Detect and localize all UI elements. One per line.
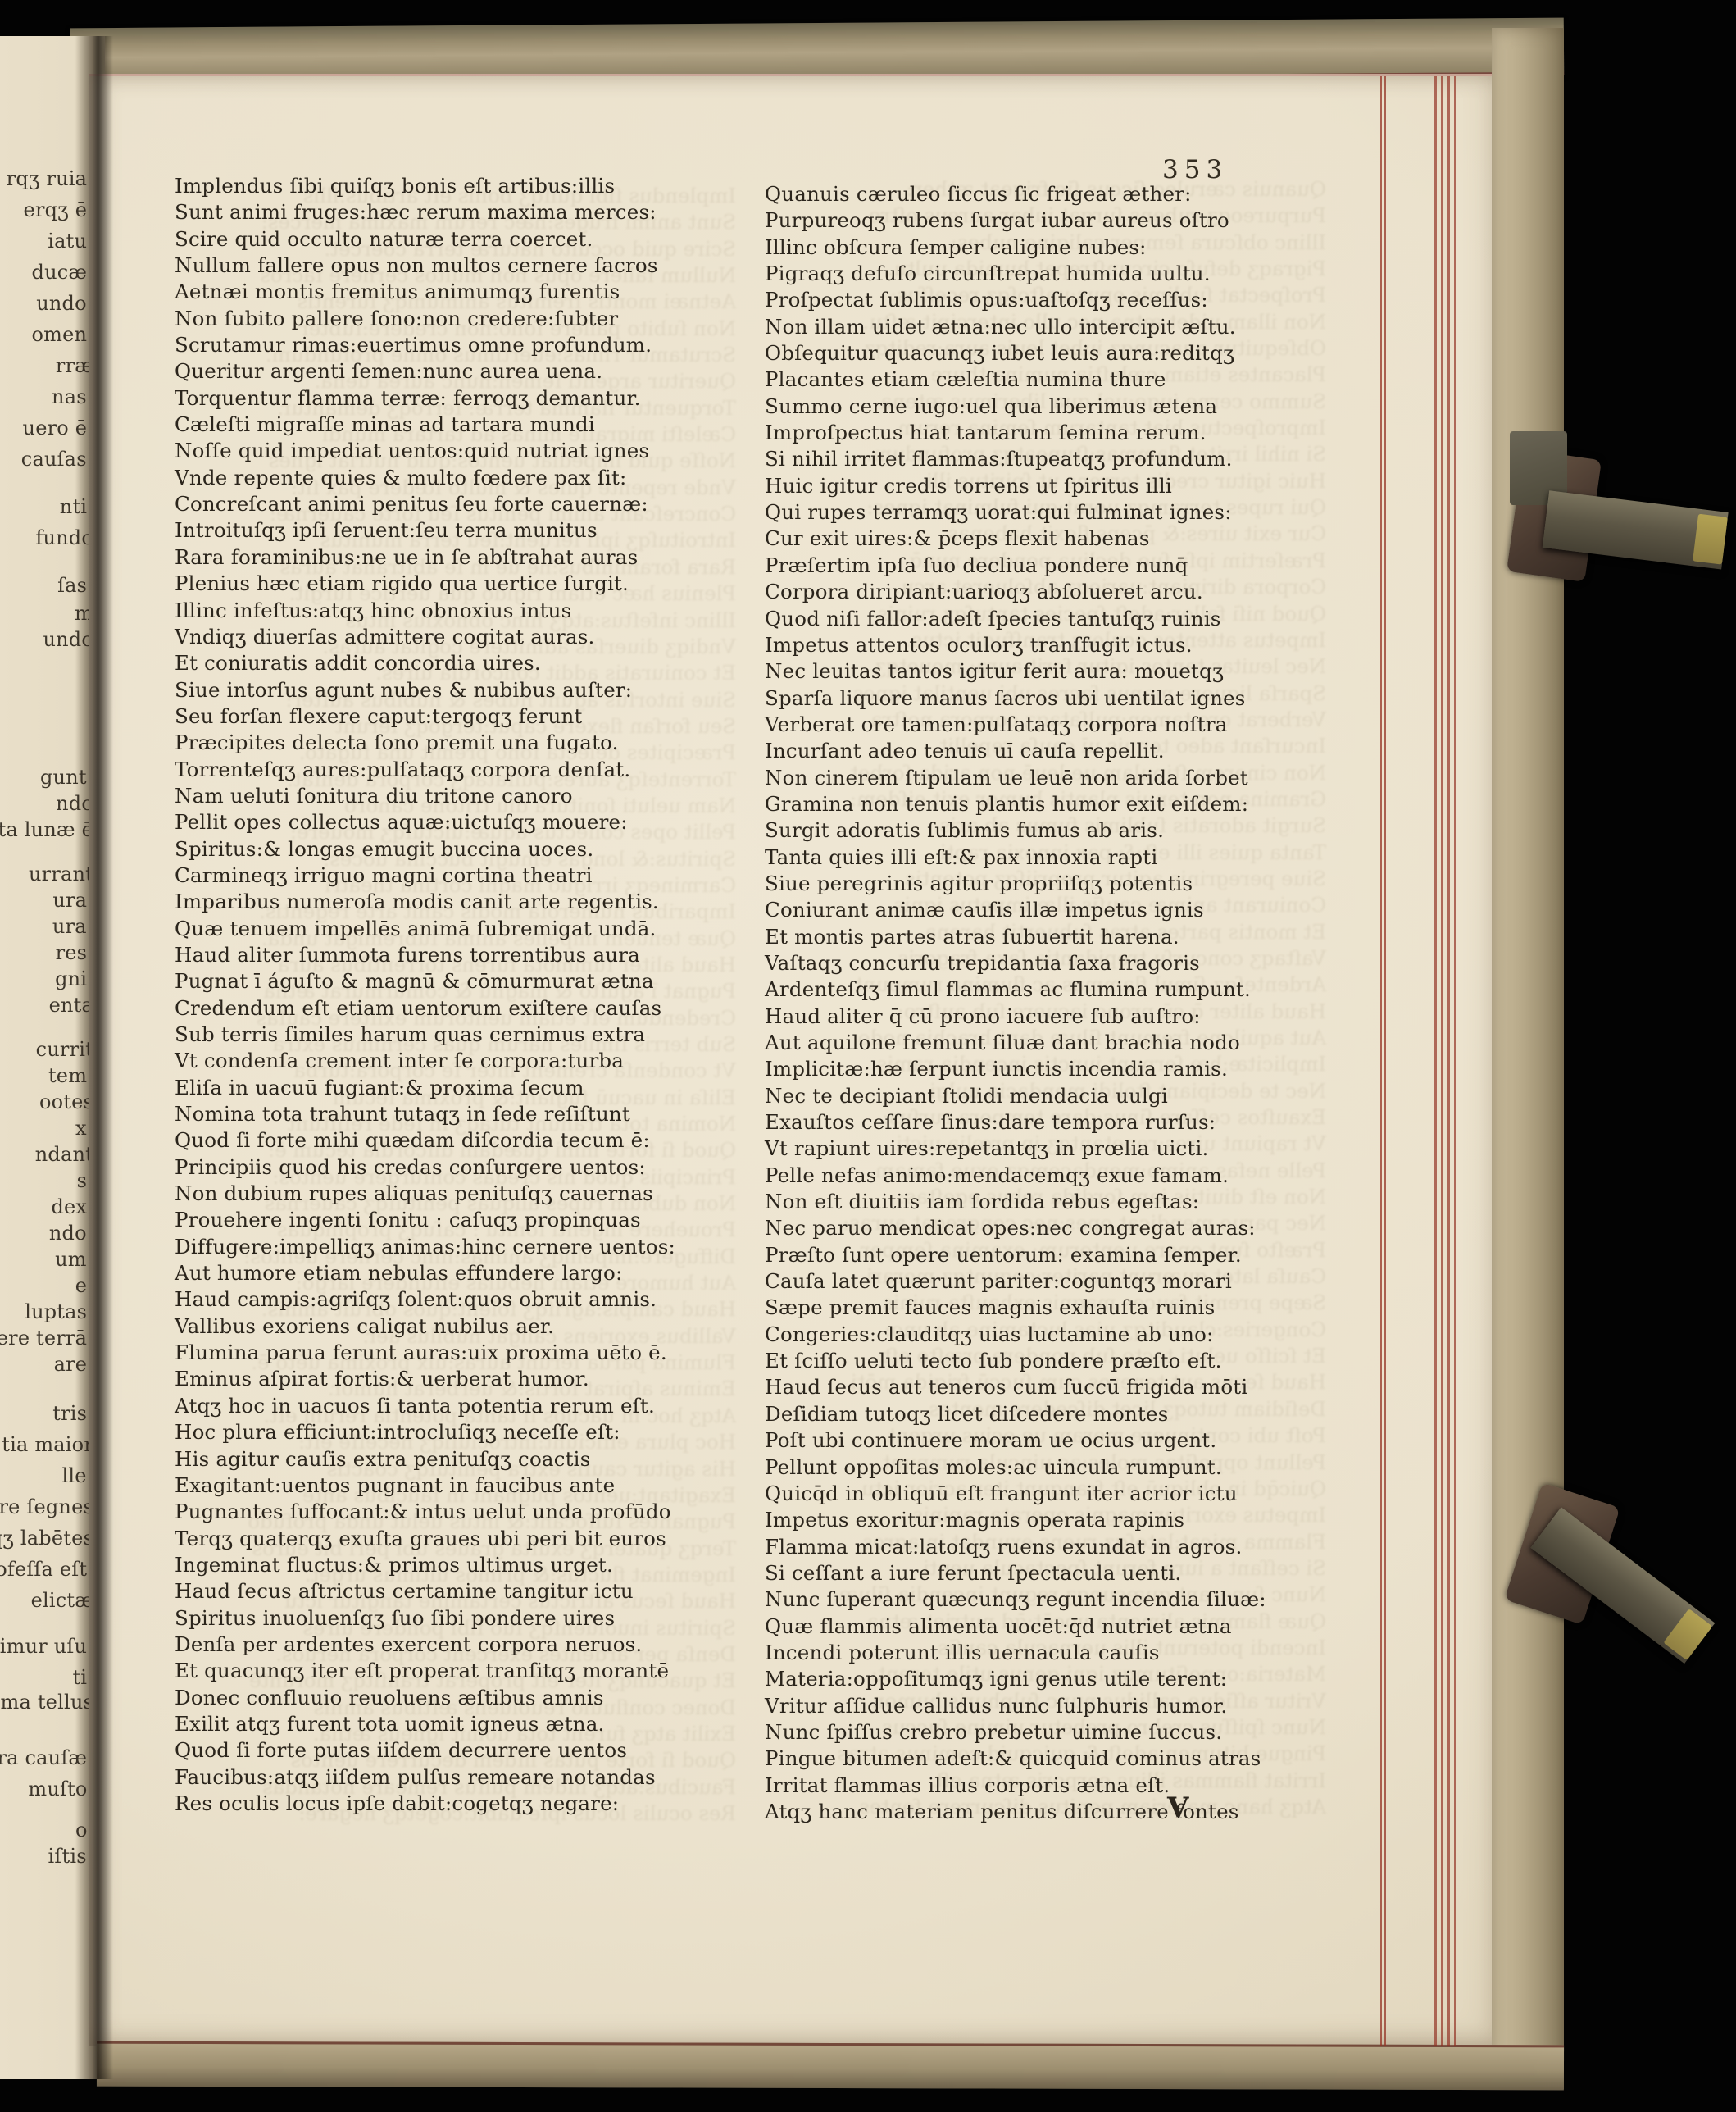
- text-line: Principiis quod his credas conſurgere ue…: [175, 1154, 675, 1181]
- text-line: Spiritus:& longas emugit buccina uoces.: [175, 836, 675, 863]
- text-line: Haud aliter ſummota furens torrentibus a…: [175, 942, 675, 968]
- text-line: Nec te decipiant ſtolidi mendacia uulgi: [765, 1083, 1266, 1109]
- text-line: Obſequitur quacunqʒ iubet leuis aura:red…: [765, 340, 1266, 366]
- text-line: Purpureoqʒ rubens ſurgat iubar aureus oſ…: [765, 207, 1266, 234]
- text-line: Quicq̄d in obliquū eſt frangunt iter acr…: [765, 1481, 1266, 1507]
- text-line: Haud ſecus aut teneros cum ſuccū frigida…: [765, 1374, 1266, 1400]
- text-line: Proſpectat ſublimis opus:uaſtoſqʒ receſſ…: [765, 287, 1266, 313]
- text-line: Præſertim ipſa ſuo decliua pondere nunq̄: [765, 553, 1266, 579]
- text-line: Carmineqʒ irriguo magni cortina theatri: [175, 863, 675, 889]
- text-line: Vnde repente quies & multo fœdere pax ſi…: [175, 465, 675, 491]
- text-line: Corpora diripiant:uarioqʒ abſolueret arc…: [765, 579, 1266, 605]
- text-line: Introituſqʒ ipſi ſeruent:ſeu terra munit…: [175, 517, 675, 544]
- text-line: Nullum fallere opus non multos cernere ſ…: [175, 253, 675, 279]
- book-page: 353 Implendus ſibi quiſqʒ bonis eſt arti…: [89, 74, 1492, 2046]
- text-line: Quod ſi forte mihi quædam diſcordia tecu…: [175, 1127, 675, 1154]
- text-line: Ingeminat fluctus:& primos ultimus urget…: [175, 1552, 675, 1578]
- text-line: Plenius hæc etiam rigido qua uertice ſur…: [175, 571, 675, 597]
- book-bottom-edge: [97, 2041, 1564, 2091]
- text-line: Aetnæi montis fremitus animumqʒ furentis: [175, 279, 675, 305]
- text-line: Nec leuitas tantos igitur ferit aura: mo…: [765, 658, 1266, 685]
- text-line: Sunt animi fruges:hæc rerum maxima merce…: [175, 199, 675, 225]
- text-line: Prouehere ingenti ſonitu : caſuqʒ propin…: [175, 1207, 675, 1233]
- text-line: Nunc ſpiſſus crebro prebetur uimine ſucc…: [765, 1719, 1266, 1746]
- text-line: Queritur argenti ſemen:nunc aurea uena.: [175, 358, 675, 385]
- text-line: Et ſciſſo ueluti tecto ſub pondere præſt…: [765, 1348, 1266, 1374]
- text-line: Surgit adoratis ſublimis fumus ab aris.: [765, 817, 1266, 844]
- text-line: Eliſa in uacuū fugiant:& proxima ſecum: [175, 1075, 675, 1101]
- right-text-column: Quanuis cæruleo ſiccus ſic frigeat æther…: [765, 181, 1266, 1825]
- text-line: Diffugere:impelliqʒ animas:hinc cernere …: [175, 1234, 675, 1260]
- text-line: Nunc ſuperant quæcunqʒ regunt incendia ſ…: [765, 1586, 1266, 1613]
- signature-mark: V: [1167, 1791, 1188, 1824]
- text-line: Poſt ubi continuere moram ue ocius urgen…: [765, 1427, 1266, 1454]
- fore-edge-red-lines: [1434, 76, 1456, 2046]
- text-line: Cæleſti migraſſe minas ad tartara mundi: [175, 412, 675, 438]
- text-line: Aut aquilone fremunt ſiluæ dant brachia …: [765, 1030, 1266, 1056]
- text-line: Seu forſan flexere caput:tergoqʒ ferunt: [175, 703, 675, 730]
- text-line: Pugnat ī águſto & magnū & cōmurmurat ætn…: [175, 968, 675, 995]
- text-line: Scire quid occulto naturæ terra coercet.: [175, 226, 675, 253]
- text-line: Si ceſſant a iure ferunt ſpectacula uent…: [765, 1560, 1266, 1586]
- text-line: Noſſe quid impediat uentos:quid nutriat …: [175, 438, 675, 464]
- text-line: Impetus exoritur:magnis operata rapinis: [765, 1507, 1266, 1533]
- text-line: Tanta quies illi eſt:& pax innoxia rapti: [765, 844, 1266, 871]
- text-line: Improſpectus hiat tantarum ſemina rerum.: [765, 420, 1266, 446]
- text-line: Vt rapiunt uires:repetantqʒ in prœlia ui…: [765, 1136, 1266, 1162]
- clasp-lower: [1521, 1469, 1734, 1715]
- text-line: Pugnantes ſuffocant:& intus uelut unda p…: [175, 1499, 675, 1525]
- text-line: Placantes etiam cæleſtia numina thure: [765, 366, 1266, 393]
- text-line: Pellunt oppoſitas moles:ac uincula rumpu…: [765, 1454, 1266, 1481]
- text-line: Coniurant animæ cauſis illæ impetus igni…: [765, 897, 1266, 923]
- text-line: Credendum eſt etiam uentorum exiſtere ca…: [175, 995, 675, 1022]
- text-line: Faucibus:atqʒ iiſdem pulſus remeare nota…: [175, 1764, 675, 1791]
- text-line: Cur exit uires:& p̄ceps flexit habenas: [765, 526, 1266, 552]
- text-line: Vritur aſſidue callidus nunc ſulphuris h…: [765, 1693, 1266, 1719]
- text-line: Quod niſi fallor:adeſt ſpecies tantuſqʒ …: [765, 606, 1266, 632]
- text-line: Eminus aſpirat fortis:& uerberat humor.: [175, 1366, 675, 1392]
- text-line: Non illam uidet ætna:nec ullo intercipit…: [765, 314, 1266, 340]
- text-line: Quæ tenuem impellēs animā ſubremigat und…: [175, 916, 675, 942]
- text-line: Donec confluuio reuoluens æſtibus amnis: [175, 1685, 675, 1711]
- text-line: Res oculis locus ipſe dabit:cogetqʒ nega…: [175, 1791, 675, 1817]
- clasp-brass-tip: [1663, 1609, 1712, 1660]
- text-line: Illinc infeſtus:atqʒ hinc obnoxius intus: [175, 598, 675, 624]
- text-line: Præcipites delecta ſono premit una fugat…: [175, 730, 675, 756]
- text-line: Vaſtaqʒ concurſu trepidantia ſaxa fragor…: [765, 950, 1266, 976]
- text-line: Qui rupes terramqʒ uorat:qui fulminat ig…: [765, 499, 1266, 526]
- text-line: Congeries:clauditqʒ uias luctamine ab un…: [765, 1322, 1266, 1348]
- text-line: Irritat flammas illius corporis ætna eſt…: [765, 1773, 1266, 1799]
- text-line: Haud ſecus aſtrictus certamine tangitur …: [175, 1578, 675, 1604]
- text-line: Ardenteſqʒ ſimul flammas ac flumina rump…: [765, 976, 1266, 1003]
- text-line: Vndiqʒ diuerſas admittere cogitat auras.: [175, 624, 675, 650]
- text-line: Vallibus exoriens caligat nubilus aer.: [175, 1313, 675, 1340]
- text-line: Hoc plura efficiunt:introcluſiqʒ neceſſe…: [175, 1419, 675, 1445]
- text-line: Nec paruo mendicat opes:nec congregat au…: [765, 1215, 1266, 1241]
- text-line: Et quacunqʒ iter eſt properat tranſitqʒ …: [175, 1658, 675, 1684]
- text-line: Si nihil irritet flammas:ſtupeatqʒ profu…: [765, 446, 1266, 472]
- text-line: Rara foraminibus:ne ue in ſe abſtrahat a…: [175, 544, 675, 571]
- text-line: His agitur cauſis extra penituſqʒ coacti…: [175, 1446, 675, 1472]
- left-text-column: Implendus ſibi quiſqʒ bonis eſt artibus:…: [175, 173, 675, 1817]
- text-line: Concreſcant animi penitus ſeu forte caue…: [175, 491, 675, 517]
- text-line: Quæ flammis alimenta uocēt:q̄d nutriet æ…: [765, 1614, 1266, 1640]
- text-line: Sparſa liquore manus ſacros ubi uentilat…: [765, 685, 1266, 712]
- text-line: Atqʒ hoc in uacuos ſi tanta potentia rer…: [175, 1393, 675, 1419]
- text-line: Imparibus numeroſa modis canit arte rege…: [175, 889, 675, 915]
- text-line: Et montis partes atras ſubuertit harena.: [765, 924, 1266, 950]
- text-line: Materia:oppoſitumqʒ igni genus utile ter…: [765, 1666, 1266, 1692]
- text-line: Incurſant adeo tenuis uī cauſa repellit.: [765, 738, 1266, 764]
- text-line: Haud campis:agriſqʒ ſolent:quos obruit a…: [175, 1286, 675, 1313]
- text-line: Gramina non tenuis plantis humor exit ei…: [765, 791, 1266, 817]
- text-line: Deſidiam tutoqʒ licet diſcedere montes: [765, 1401, 1266, 1427]
- clasp-upper: [1515, 439, 1728, 599]
- text-line: Flumina parua ferunt auras:uix proxima u…: [175, 1340, 675, 1366]
- text-line: Implicitæ:hæ ſerpunt iunctis incendia ra…: [765, 1056, 1266, 1082]
- text-line: Denſa per ardentes exercent corpora neru…: [175, 1632, 675, 1658]
- text-line: Flamma micat:latoſqʒ ruens exundat in ag…: [765, 1534, 1266, 1560]
- text-line: Cauſa latet quærunt pariter:coguntqʒ mor…: [765, 1268, 1266, 1295]
- text-line: Pellit opes collectus aquæ:uictuſqʒ moue…: [175, 809, 675, 835]
- text-line: Incendi poterunt illis uernacula cauſis: [765, 1640, 1266, 1666]
- text-line: Vt condenſa crement inter ſe corpora:tur…: [175, 1048, 675, 1074]
- text-line: Præſto ſunt opere uentorum: examina ſemp…: [765, 1242, 1266, 1268]
- text-line: Non cinerem ſtipulam ue leuē non arida ſ…: [765, 765, 1266, 791]
- text-line: Exauſtos ceſſare ſinus:dare tempora rurſ…: [765, 1109, 1266, 1136]
- text-line: Aut humore etiam nebulas effundere largo…: [175, 1260, 675, 1286]
- text-line: Non ſubito pallere ſono:non credere:ſubt…: [175, 306, 675, 332]
- parchment-cover-edge: [1492, 28, 1564, 2089]
- text-line: Exagitant:uentos pugnant in faucibus ant…: [175, 1472, 675, 1499]
- text-line: Nam ueluti ſonitura diu tritone canoro: [175, 783, 675, 809]
- text-line: Siue peregrinis agitur propriiſqʒ potent…: [765, 871, 1266, 897]
- text-line: Implendus ſibi quiſqʒ bonis eſt artibus:…: [175, 173, 675, 199]
- fore-edge-red-line: [1380, 76, 1388, 2046]
- text-line: Siue intorſus agunt nubes & nubibus auſt…: [175, 677, 675, 703]
- page-number: 353: [1162, 155, 1228, 184]
- text-line: Haud aliter q̄ cū prono iacuere ſub auſt…: [765, 1004, 1266, 1030]
- text-line: Verberat ore tamen:pulſataqʒ corpora noſ…: [765, 712, 1266, 738]
- clasp-brass-tip: [1693, 513, 1728, 565]
- text-line: Impetus attentos oculorʒ tranſfugit ictu…: [765, 632, 1266, 658]
- text-line: Summo cerne iugo:uel qua liberimus ætena: [765, 394, 1266, 420]
- text-line: Torrenteſqʒ aures:pulſataqʒ corpora denſ…: [175, 757, 675, 783]
- text-line: Sub terris ſimiles harum quas cernimus e…: [175, 1022, 675, 1048]
- text-line: Torquentur flamma terræ: ferroqʒ demantu…: [175, 385, 675, 412]
- text-line: Spiritus inuoluenſqʒ ſuo ſibi pondere ui…: [175, 1605, 675, 1632]
- text-line: Pingue bitumen adeſt:& quicquid cominus …: [765, 1746, 1266, 1772]
- text-line: Huic igitur credis torrens ut ſpiritus i…: [765, 473, 1266, 499]
- incunable-book-photo: rqʒ ruia.erqʒ ē.iatu.ducæ.undo:omen.rræn…: [0, 0, 1736, 2112]
- text-line: Pigraqʒ defuſo circunſtrepat humida uult…: [765, 261, 1266, 287]
- gutter-shadow: [75, 36, 113, 2079]
- text-line: Non dubium rupes aliquas penituſqʒ cauer…: [175, 1181, 675, 1207]
- text-line: Sæpe premit fauces magnis exhauſta ruini…: [765, 1295, 1266, 1321]
- text-line: Illinc obſcura ſemper caligine nubes:: [765, 234, 1266, 261]
- text-line: Quod ſi forte putas iiſdem decurrere uen…: [175, 1737, 675, 1764]
- text-line: Exilit atqʒ furent tota uomit igneus ætn…: [175, 1711, 675, 1737]
- text-line: Quanuis cæruleo ſiccus ſic frigeat æther…: [765, 181, 1266, 207]
- text-line: Terqʒ quaterqʒ exuſta graues ubi peri bi…: [175, 1526, 675, 1552]
- text-line: Et coniuratis addit concordia uires.: [175, 650, 675, 676]
- text-line: Atqʒ hanc materiam penitus diſcurrere fo…: [765, 1799, 1266, 1825]
- text-line: Non eſt diuitiis iam ſordida rebus egeſt…: [765, 1189, 1266, 1215]
- text-line: Pelle nefas animo:mendacemqʒ exue famam.: [765, 1163, 1266, 1189]
- text-line: Nomina tota trahunt tutaqʒ in ſede reſiſ…: [175, 1101, 675, 1127]
- text-line: Scrutamur rimas:euertimus omne profundum…: [175, 332, 675, 358]
